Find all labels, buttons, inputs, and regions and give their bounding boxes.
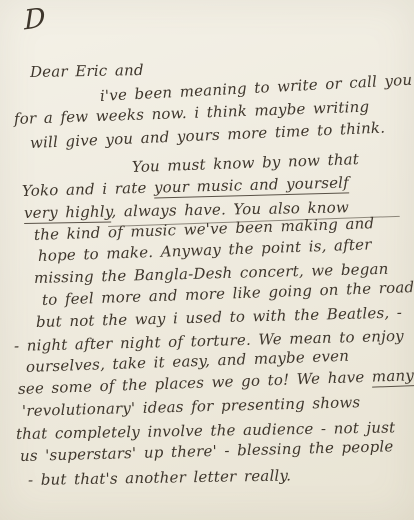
underlined-phrase: many bbox=[372, 366, 414, 387]
underlined-phrase: very highly bbox=[24, 202, 112, 224]
letter-text: Yoko and i rate bbox=[22, 179, 154, 200]
letter-line: but not the way i used to with the Beatl… bbox=[36, 304, 402, 330]
page-number-mark: D bbox=[24, 4, 46, 34]
letter-page: D Dear Eric andi've been meaning to writ… bbox=[0, 0, 414, 520]
underlined-phrase: your music and yourself bbox=[154, 173, 349, 198]
letter-text: but not the way i used to with the Beatl… bbox=[36, 303, 403, 331]
letter-line: 'revolutionary' ideas for presenting sho… bbox=[22, 394, 361, 419]
letter-text: 'revolutionary' ideas for presenting sho… bbox=[22, 393, 361, 420]
letter-text: Dear Eric and bbox=[30, 61, 144, 81]
letter-line: You must know by now that bbox=[132, 151, 360, 175]
letter-text: - but that's another letter really. bbox=[28, 466, 291, 489]
letter-line: Dear Eric and bbox=[30, 62, 144, 80]
letter-line: us 'superstars' up there' - blessing the… bbox=[20, 438, 394, 464]
letter-line: - but that's another letter really. bbox=[28, 467, 291, 488]
letter-line: Yoko and i rate your music and yourself bbox=[22, 174, 349, 199]
letter-text: You must know by now that bbox=[132, 150, 360, 176]
